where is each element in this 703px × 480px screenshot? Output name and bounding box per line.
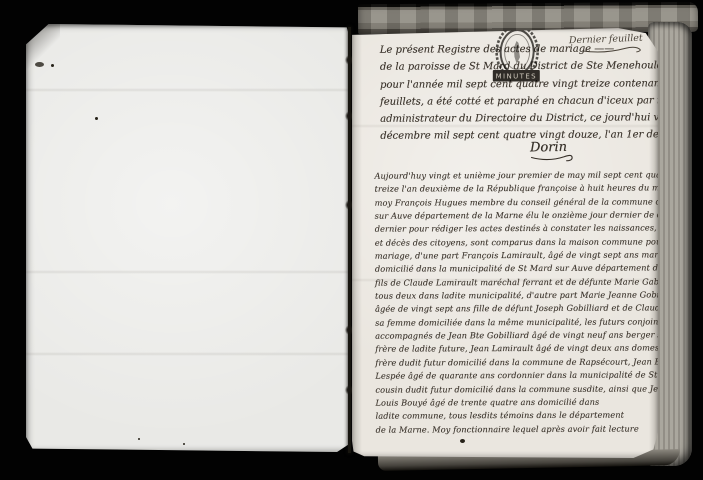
manuscript-line: frère dudit futur domicilié dans la comm… (375, 355, 655, 370)
manuscript-line: et décès des citoyens, sont comparus dan… (375, 235, 655, 250)
act-paragraph: Aujourd'huy vingt et unième jour premier… (374, 168, 655, 436)
manuscript-line: dernier pour rédiger les actes destinés … (375, 222, 655, 237)
page-crease (26, 270, 350, 274)
ink-speck (138, 438, 140, 440)
signature: Dorin (530, 140, 574, 163)
stamp-banner: MINUTES (493, 70, 540, 82)
page-crease (26, 352, 350, 356)
manuscript-line: sur Auve département de la Marne élu le … (375, 208, 655, 223)
signature-text: Dorin (530, 140, 567, 156)
revenue-stamp-icon: MINUTES (489, 28, 547, 88)
manuscript-line: décembre mil sept cent quatre vingt douz… (380, 127, 650, 146)
left-page-blank (26, 24, 350, 452)
stamp-figure-icon (513, 41, 520, 64)
manuscript-line: frère de ladite future, Jean Lamirault â… (375, 342, 655, 357)
manuscript-line: domicilié dans la municipalité de St Mar… (375, 262, 655, 277)
manuscript-line: Lespée âgé de quarante ans cordonnier da… (375, 369, 655, 384)
ink-speck (183, 443, 185, 445)
manuscript-line: treize l'an deuxième de la République fr… (374, 182, 654, 197)
ink-speck (35, 62, 44, 67)
ink-speck (95, 117, 98, 120)
manuscript-line: accompagnés de Jean Bte Gobilliard âgé d… (375, 329, 655, 344)
manuscript-line: cousin dudit futur domicilié dans la com… (375, 382, 655, 397)
manuscript-page: Dernier feuillet MINUTES Le présent Regi… (352, 28, 658, 458)
stamp-banner-text: MINUTES (496, 73, 537, 81)
manuscript-line: de la Marne. Moy fonctionnaire lequel ap… (376, 422, 656, 437)
page-crease (26, 88, 350, 92)
manuscript-line: administrateur du Directoire du District… (380, 109, 650, 128)
manuscript-line: âgée de vingt sept ans fille de défunt J… (375, 302, 655, 317)
manuscript-line: ladite commune, tous lesdits témoins dan… (375, 409, 655, 424)
ink-blot (460, 439, 465, 443)
manuscript-line: mariage, d'une part François Lamirault, … (375, 248, 655, 263)
manuscript-line: Aujourd'huy vingt et unième jour premier… (374, 168, 654, 183)
binding-seam (348, 27, 351, 453)
manuscript-line: Louis Bouyé âgé de trente quatre ans dom… (375, 395, 655, 410)
manuscript-line: tous deux dans ladite municipalité, d'au… (375, 288, 655, 303)
ink-speck (51, 64, 54, 67)
manuscript-line: feuillets, a été cotté et paraphé en cha… (380, 92, 650, 111)
manuscript-line: moy François Hugues membre du conseil gé… (375, 195, 655, 210)
manuscript-line: sa femme domiciliée dans la même municip… (375, 315, 655, 330)
document-scan: Dernier feuillet MINUTES Le présent Regi… (0, 0, 703, 480)
manuscript-line: fils de Claude Lamirault maréchal ferran… (375, 275, 655, 290)
